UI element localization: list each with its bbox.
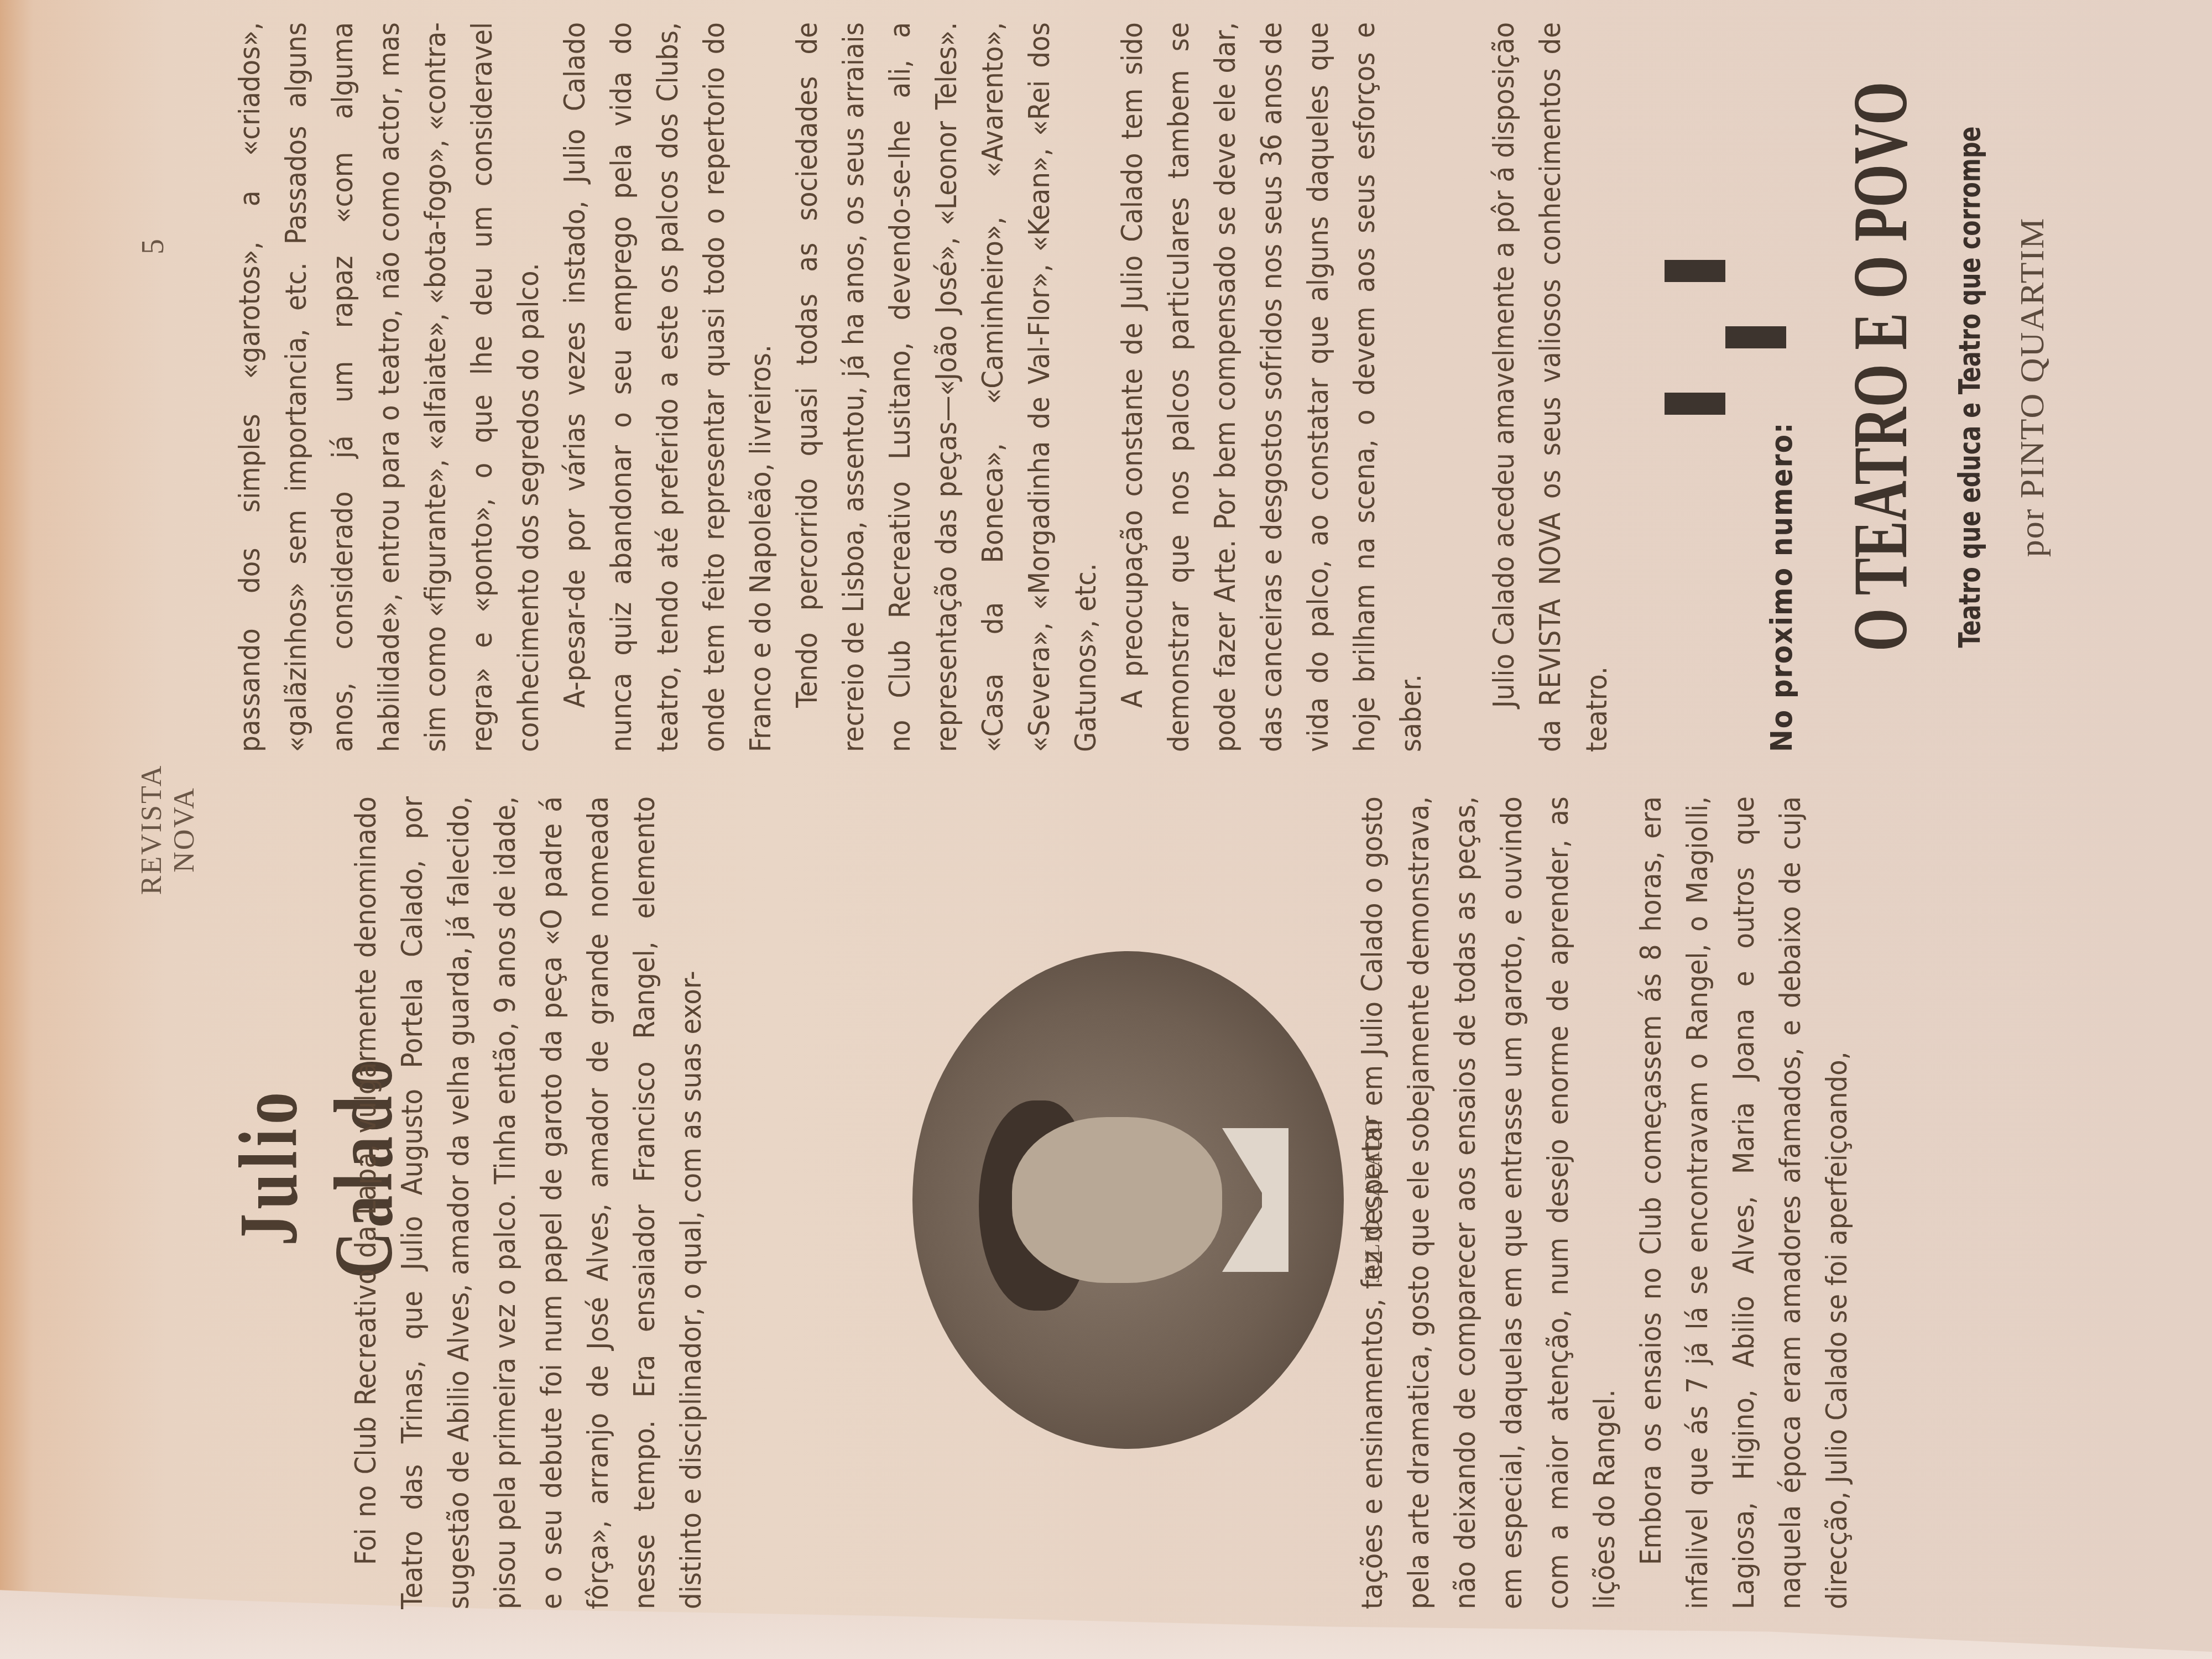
page-number: 5 [135,239,171,254]
divider-dash [1665,260,1725,282]
paragraph: Foi no Club Recreativo da Lapa, vulgarme… [343,796,714,1609]
photo-face-shape [1012,1117,1222,1283]
paragraph: A preocupação constante de Julio Calado … [1109,22,1434,752]
paragraph: tações e ensinamentos, fez despertar em … [1349,796,1628,1609]
magazine-page: REVISTA NOVA 5 Julio Calado Foi no Club … [0,0,2212,1659]
photo-collar-shape [1222,1128,1288,1272]
paragraph: Embora os ensaios no Club começassem ás … [1628,796,1860,1609]
column-2: passando dos simples «garotos», a «criad… [227,22,1620,752]
paragraph: Tendo percorrido quasi todas as sociedad… [784,22,1109,752]
paragraph: Julio Calado acedeu amavelmente a pôr á … [1481,22,1620,752]
paragraph: passando dos simples «garotos», a «criad… [227,22,552,752]
magazine-name: REVISTA NOVA [135,719,201,940]
divider-dash [1665,393,1725,415]
next-issue-label: No proximo numero: [1764,422,1799,753]
column-1-bottom: tações e ensinamentos, fez despertar em … [1349,796,1860,1609]
column-1-top: Foi no Club Recreativo da Lapa, vulgarme… [343,796,714,1609]
next-issue-title: O TEATRO E O POVO [1836,134,1925,651]
running-header: REVISTA NOVA 5 [135,0,180,1659]
divider-dash [1725,326,1786,348]
next-issue-subtitle: Teatro que educa e Teatro que corrompe [1952,77,1987,697]
paragraph: A-pesar-de por várias vezes instado, Jul… [552,22,784,752]
next-issue-byline: por PINTO QUARTIM [2013,22,2052,752]
portrait-photo [912,951,1344,1449]
